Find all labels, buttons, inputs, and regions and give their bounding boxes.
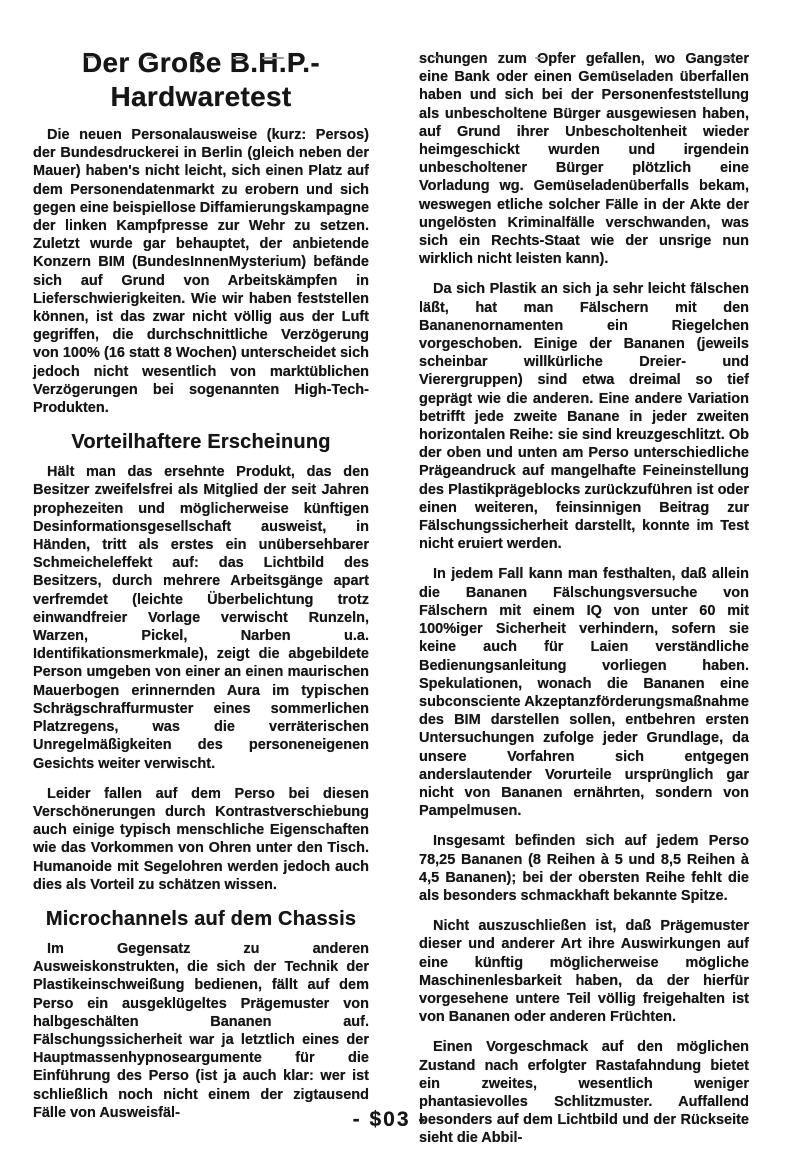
right-column: schungen zum Opfer gefallen, wo Gangster… [419, 50, 749, 1157]
left-column: Der Große B.H.P.- Hardwaretest Die neuen… [33, 46, 369, 1134]
scan-speckle [433, 56, 438, 58]
paragraph-schmeicheleffekt: Hält man das ersehnte Produkt, das den B… [33, 463, 369, 772]
scan-speckle [86, 56, 94, 58]
section-heading-vorteilhaftere-erscheinung: Vorteilhaftere Erscheinung [33, 431, 369, 454]
paragraph-continuation-gangster: schungen zum Opfer gefallen, wo Gangster… [419, 50, 749, 268]
scan-speckle [535, 57, 544, 59]
scanned-document-page: Der Große B.H.P.- Hardwaretest Die neuen… [0, 0, 800, 1157]
paragraph-verschoenerungen: Leider fallen auf dem Perso bei diesen V… [33, 785, 369, 894]
scan-speckle [147, 57, 153, 59]
scan-speckle [233, 57, 245, 59]
paragraph-praegemuster: Im Gegensatz zu anderen Ausweiskonstrukt… [33, 940, 369, 1122]
scan-speckle [723, 57, 733, 59]
scan-speckle [194, 56, 203, 59]
paragraph-bananen-anzahl: Insgesamt befinden sich auf jedem Perso … [419, 832, 749, 905]
section-heading-microchannels: Microchannels auf dem Chassis [33, 908, 369, 931]
paragraph-faelschungsversuche: In jedem Fall kann man festhalten, daß a… [419, 565, 749, 820]
paragraph-intro: Die neuen Personalausweise (kurz: Persos… [33, 126, 369, 417]
scan-speckle [601, 56, 607, 58]
paragraph-maschinenlesbarkeit: Nicht auszuschließen ist, daß Prägemuste… [419, 917, 749, 1026]
paragraph-plastik-faelschen: Da sich Plastik an sich ja sehr leicht f… [419, 280, 749, 553]
scan-speckle [262, 57, 284, 59]
page-number: - $03 - [0, 1108, 780, 1132]
